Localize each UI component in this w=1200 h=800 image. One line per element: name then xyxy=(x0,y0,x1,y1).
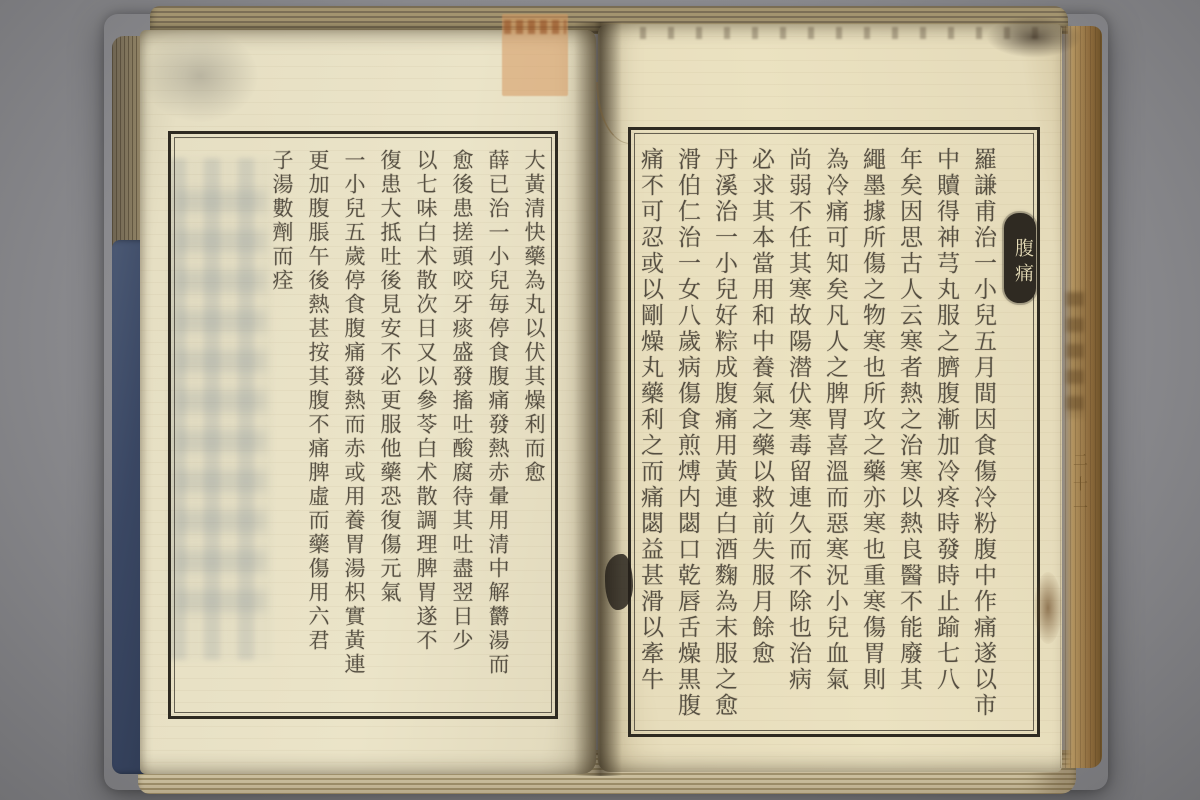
paper-sticker-print xyxy=(504,20,566,34)
text-column: 痛不可忍或以剛燥丸藥利之而痛閟益甚滑以牽牛 xyxy=(632,147,669,733)
text-column: 丹溪治一小兒好粽成腹痛用黃連白酒麴為末服之愈 xyxy=(706,147,743,733)
ink-blot xyxy=(605,554,633,610)
text-column: 必求其本當用和中養氣之藥以救前失服月餘愈 xyxy=(743,147,780,733)
text-column: 更加腹脹午後熱甚按其腹不痛脾虛而藥傷用六君 xyxy=(300,149,336,705)
book-photo: 羅謙甫治一小兒五月間因食傷冷粉腹中作痛遂以市 中贖得神芎丸服之臍腹漸加冷疼時發時… xyxy=(0,0,1200,800)
text-column: 一小兒五歲停食腹痛發熱而赤或用養胃湯枳實黃連 xyxy=(336,149,372,705)
text-column: 薛已治一小兒毎停食腹痛發熱赤暈用清中解欝湯而 xyxy=(480,149,516,705)
text-column: 以七味白术散次日又以參苓白术散調理脾胃遂不 xyxy=(408,149,444,705)
text-column: 中贖得神芎丸服之臍腹漸加冷疼時發時止踰七八 xyxy=(928,147,965,733)
stain-blob xyxy=(1034,572,1062,644)
text-column: 復患大抵吐後見安不必更服他藥恐復傷元氣 xyxy=(372,149,408,705)
text-column: 繩墨據所傷之物寒也所攻之藥亦寒也重寒傷胃則 xyxy=(854,147,891,733)
text-column: 羅謙甫治一小兒五月間因食傷冷粉腹中作痛遂以市 xyxy=(965,147,1002,733)
fold-title-smudge xyxy=(1066,292,1084,418)
section-label-cartouche: 腹痛 xyxy=(1004,213,1036,303)
text-column: 愈後患搓頭咬牙痰盛發搐吐酸腐待其吐盡翌日少 xyxy=(444,149,480,705)
text-column: 尚弱不任其寒故陽潜伏寒毒留連久而不除也治病 xyxy=(780,147,817,733)
text-column: 滑伯仁治一女八歲病傷食煎煿内閟口乾唇舌燥黒腹 xyxy=(669,147,706,733)
stain-specks xyxy=(640,27,1040,39)
left-page-text-block: 大黃清快藥為丸以伏其燥利而愈 薛已治一小兒毎停食腹痛發熱赤暈用清中解欝湯而 愈後… xyxy=(262,149,552,705)
folio-number: 二十一 xyxy=(1069,452,1090,524)
text-column: 子湯數劑而痊 xyxy=(264,149,300,705)
text-column: 大黃清快藥為丸以伏其燥利而愈 xyxy=(516,149,552,705)
stain-blob xyxy=(142,30,258,122)
right-page-text-block: 羅謙甫治一小兒五月間因食傷冷粉腹中作痛遂以市 中贖得神芎丸服之臍腹漸加冷疼時發時… xyxy=(632,147,1002,733)
text-column: 為冷痛可知矣凡人之脾胃喜溫而惡寒況小兒血氣 xyxy=(817,147,854,733)
text-column: 年矣因思古人云寒者熱之治寒以熱良醫不能廢其 xyxy=(891,147,928,733)
